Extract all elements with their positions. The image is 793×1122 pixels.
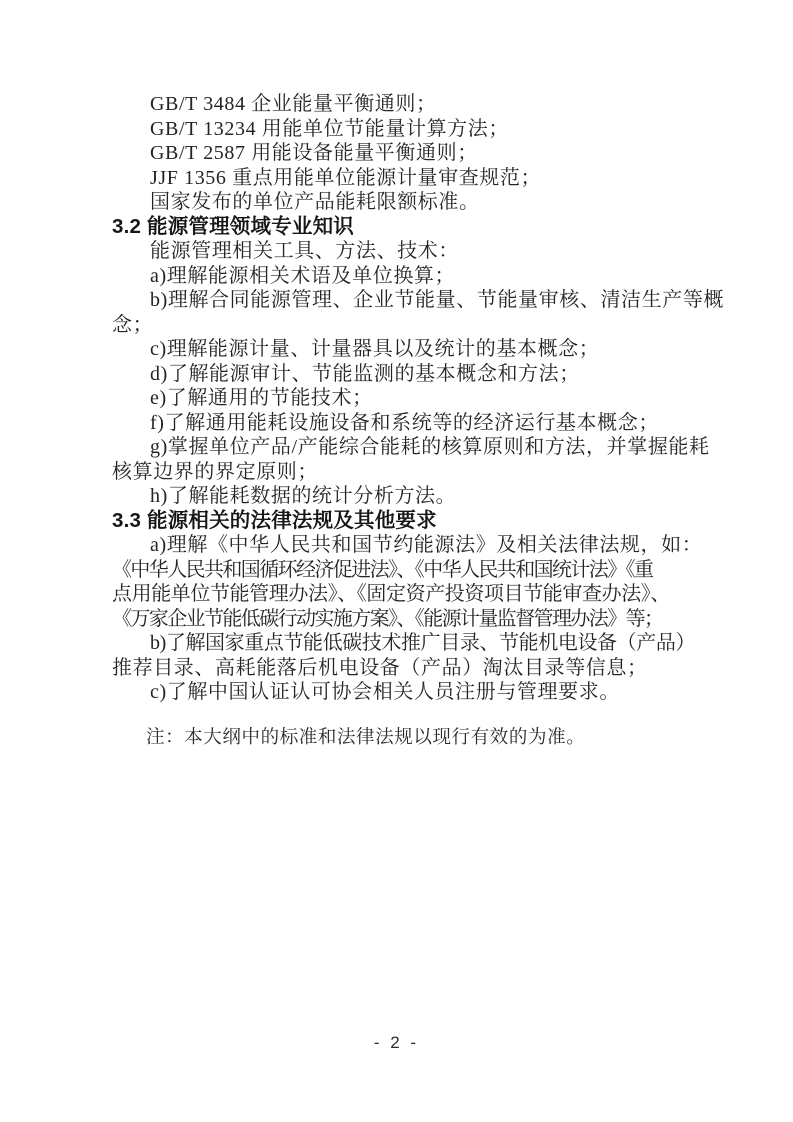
text-line: b)理解合同能源管理、企业节能量、节能量审核、清洁生产等概 xyxy=(112,288,678,313)
text-line: d)了解能源审计、节能监测的基本概念和方法； xyxy=(112,362,678,387)
text-line: a)理解能源相关术语及单位换算； xyxy=(112,264,678,289)
page-content: GB/T 3484 企业能量平衡通则；GB/T 13234 用能单位节能量计算方… xyxy=(112,92,678,750)
text-line: 国家发布的单位产品能耗限额标准。 xyxy=(112,190,678,215)
text-lines: GB/T 3484 企业能量平衡通则；GB/T 13234 用能单位节能量计算方… xyxy=(112,92,678,705)
text-line: GB/T 13234 用能单位节能量计算方法； xyxy=(112,117,678,142)
text-line: b)了解国家重点节能低碳技术推广目录、节能机电设备（产品） xyxy=(112,631,678,656)
section-heading-3-3: 3.3 能源相关的法律法规及其他要求 xyxy=(112,509,678,534)
text-line: 《万家企业节能低碳行动实施方案》、《能源计量监督管理办法》等； xyxy=(112,607,678,632)
section-heading-3-2: 3.2 能源管理领域专业知识 xyxy=(112,215,678,240)
note-line: 注：本大纲中的标准和法律法规以现行有效的为准。 xyxy=(112,726,678,750)
text-line: 推荐目录、高耗能落后机电设备（产品）淘汰目录等信息； xyxy=(112,656,678,681)
text-line: GB/T 3484 企业能量平衡通则； xyxy=(112,92,678,117)
text-line: c)了解中国认证认可协会相关人员注册与管理要求。 xyxy=(112,680,678,705)
text-line: c)理解能源计量、计量器具以及统计的基本概念； xyxy=(112,337,678,362)
text-line: e)了解通用的节能技术； xyxy=(112,386,678,411)
text-line: 能源管理相关工具、方法、技术： xyxy=(112,239,678,264)
page-number: - 2 - xyxy=(0,1033,793,1053)
text-line: GB/T 2587 用能设备能量平衡通则； xyxy=(112,141,678,166)
text-line: a)理解《中华人民共和国节约能源法》及相关法律法规，如： xyxy=(112,533,678,558)
text-line: f)了解通用能耗设施设备和系统等的经济运行基本概念； xyxy=(112,411,678,436)
text-line: JJF 1356 重点用能单位能源计量审查规范； xyxy=(112,166,678,191)
text-line: g)掌握单位产品/产能综合能耗的核算原则和方法，并掌握能耗 xyxy=(112,435,678,460)
text-line: 点用能单位节能管理办法》、《固定资产投资项目节能审查办法》、 xyxy=(112,582,678,607)
text-line: 核算边界的界定原则； xyxy=(112,460,678,485)
text-line: h)了解能耗数据的统计分析方法。 xyxy=(112,484,678,509)
document-page: GB/T 3484 企业能量平衡通则；GB/T 13234 用能单位节能量计算方… xyxy=(0,0,793,1122)
text-line: 《中华人民共和国循环经济促进法》、《中华人民共和国统计法》《重 xyxy=(112,558,678,583)
text-line: 念； xyxy=(112,313,678,338)
